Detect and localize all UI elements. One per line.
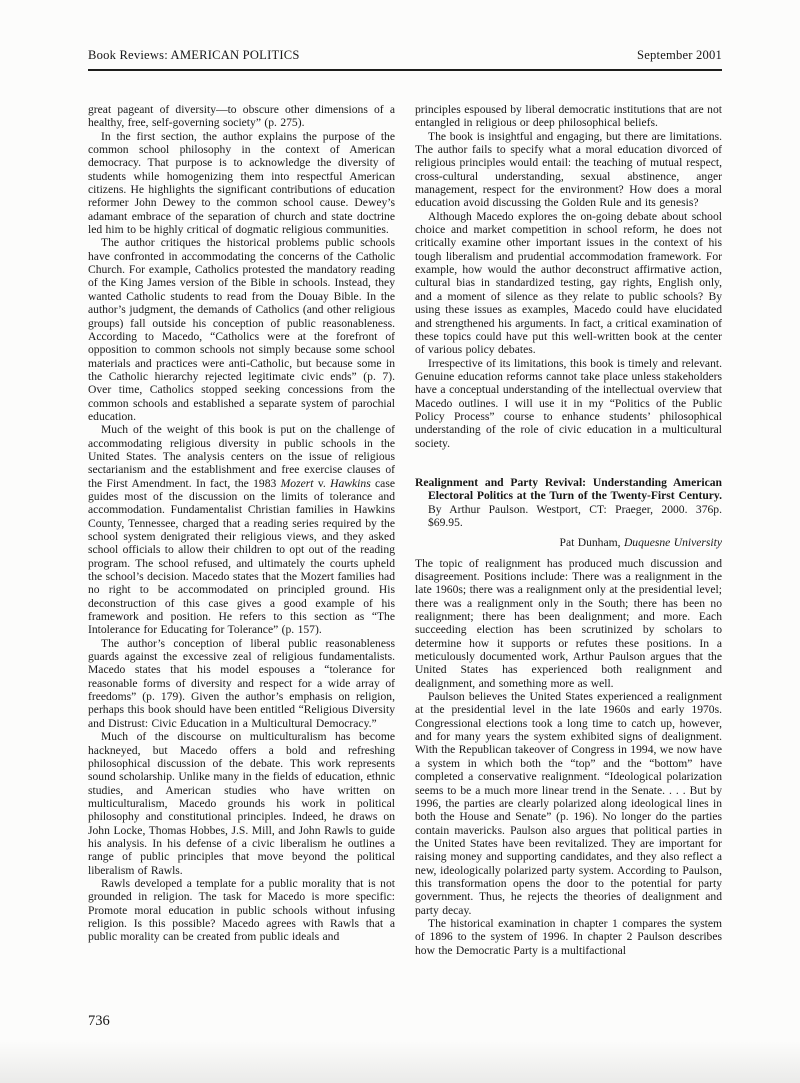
- reviewer-line: Pat Dunham, Duquesne University: [415, 536, 722, 549]
- reviewer-affiliation: Duquesne University: [624, 536, 722, 549]
- paragraph: The book is insightful and engaging, but…: [415, 130, 722, 210]
- paragraph: Rawls developed a template for a public …: [88, 877, 395, 944]
- journal-page: Book Reviews: AMERICAN POLITICS Septembe…: [0, 0, 800, 1083]
- page-number: 736: [88, 1013, 110, 1030]
- running-head: Book Reviews: AMERICAN POLITICS: [88, 48, 300, 63]
- paragraph: The author critiques the historical prob…: [88, 236, 395, 423]
- paragraph: Paulson believes the United States exper…: [415, 690, 722, 917]
- paragraph: The topic of realignment has produced mu…: [415, 557, 722, 690]
- paragraph: The author’s conception of liberal publi…: [88, 637, 395, 730]
- paragraph: Irrespective of its limitations, this bo…: [415, 357, 722, 450]
- paragraph: principles espoused by liberal democrati…: [415, 103, 722, 130]
- paragraph: great pageant of diversity—to obscure ot…: [88, 103, 395, 130]
- book-review-heading: Realignment and Party Revival: Understan…: [415, 476, 722, 529]
- paragraph: Although Macedo explores the on-going de…: [415, 210, 722, 357]
- review-title: Realignment and Party Revival: Understan…: [415, 476, 722, 502]
- issue-date: September 2001: [637, 48, 722, 63]
- paragraph: Much of the weight of this book is put o…: [88, 423, 395, 637]
- paragraph: The historical examination in chapter 1 …: [415, 917, 722, 957]
- two-column-text: great pageant of diversity—to obscure ot…: [88, 103, 722, 957]
- reviewer-name: Pat Dunham,: [560, 536, 624, 549]
- page-header: Book Reviews: AMERICAN POLITICS Septembe…: [88, 48, 722, 63]
- paragraph: In the first section, the author explain…: [88, 130, 395, 237]
- right-column: principles espoused by liberal democrati…: [415, 103, 722, 957]
- paragraph: Much of the discourse on multiculturalis…: [88, 730, 395, 877]
- left-column: great pageant of diversity—to obscure ot…: [88, 103, 395, 957]
- review-citation: By Arthur Paulson. Westport, CT: Praeger…: [428, 503, 722, 529]
- header-rule: [88, 69, 722, 71]
